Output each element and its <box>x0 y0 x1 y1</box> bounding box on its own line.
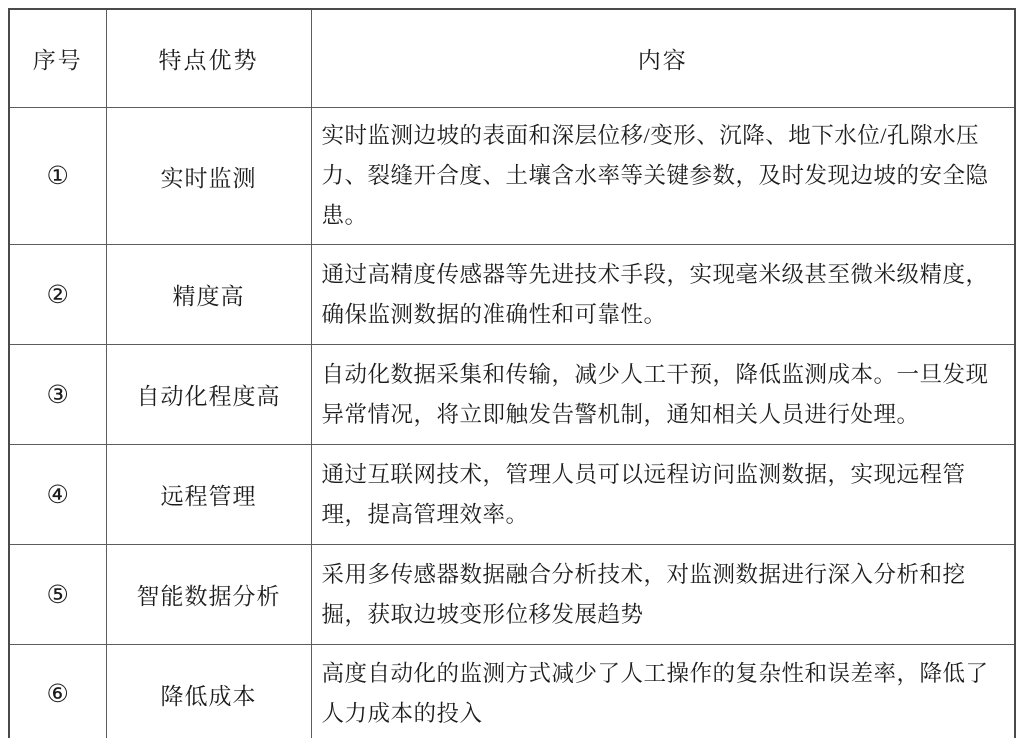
table-header-row: 序号 特点优势 内容 <box>9 9 1015 108</box>
feature-label: 精度高 <box>106 245 311 345</box>
content-text: 通过高精度传感器等先进技术手段，实现毫米级甚至微米级精度，确保监测数据的准确性和… <box>311 245 1015 345</box>
feature-label: 自动化程度高 <box>106 345 311 445</box>
table-row: ④ 远程管理 通过互联网技术，管理人员可以远程访问监测数据，实现远程管理，提高管… <box>9 445 1015 545</box>
feature-label: 实时监测 <box>106 108 311 245</box>
serial-number-badge: ① <box>9 108 106 245</box>
serial-number-badge: ③ <box>9 345 106 445</box>
feature-label: 智能数据分析 <box>106 545 311 645</box>
table-row: ⑥ 降低成本 高度自动化的监测方式减少了人工操作的复杂性和误差率，降低了人力成本… <box>9 645 1015 738</box>
content-text: 自动化数据采集和传输，减少人工干预，降低监测成本。一旦发现异常情况，将立即触发告… <box>311 345 1015 445</box>
document-page: 序号 特点优势 内容 ① 实时监测 实时监测边坡的表面和深层位移/变形、沉降、地… <box>0 0 1024 738</box>
content-text: 高度自动化的监测方式减少了人工操作的复杂性和误差率，降低了人力成本的投入 <box>311 645 1015 738</box>
serial-number-badge: ⑥ <box>9 645 106 738</box>
serial-number-badge: ④ <box>9 445 106 545</box>
header-content: 内容 <box>311 9 1015 108</box>
feature-label: 降低成本 <box>106 645 311 738</box>
table-row: ② 精度高 通过高精度传感器等先进技术手段，实现毫米级甚至微米级精度，确保监测数… <box>9 245 1015 345</box>
serial-number-badge: ② <box>9 245 106 345</box>
serial-number-badge: ⑤ <box>9 545 106 645</box>
content-text: 通过互联网技术，管理人员可以远程访问监测数据，实现远程管理，提高管理效率。 <box>311 445 1015 545</box>
content-text: 采用多传感器数据融合分析技术，对监测数据进行深入分析和挖掘，获取边坡变形位移发展… <box>311 545 1015 645</box>
feature-advantage-table: 序号 特点优势 内容 ① 实时监测 实时监测边坡的表面和深层位移/变形、沉降、地… <box>8 8 1016 738</box>
header-feature-advantage: 特点优势 <box>106 9 311 108</box>
table-row: ⑤ 智能数据分析 采用多传感器数据融合分析技术，对监测数据进行深入分析和挖掘，获… <box>9 545 1015 645</box>
content-text: 实时监测边坡的表面和深层位移/变形、沉降、地下水位/孔隙水压力、裂缝开合度、土壤… <box>311 108 1015 245</box>
header-serial-number: 序号 <box>9 9 106 108</box>
table-row: ① 实时监测 实时监测边坡的表面和深层位移/变形、沉降、地下水位/孔隙水压力、裂… <box>9 108 1015 245</box>
feature-label: 远程管理 <box>106 445 311 545</box>
table-row: ③ 自动化程度高 自动化数据采集和传输，减少人工干预，降低监测成本。一旦发现异常… <box>9 345 1015 445</box>
